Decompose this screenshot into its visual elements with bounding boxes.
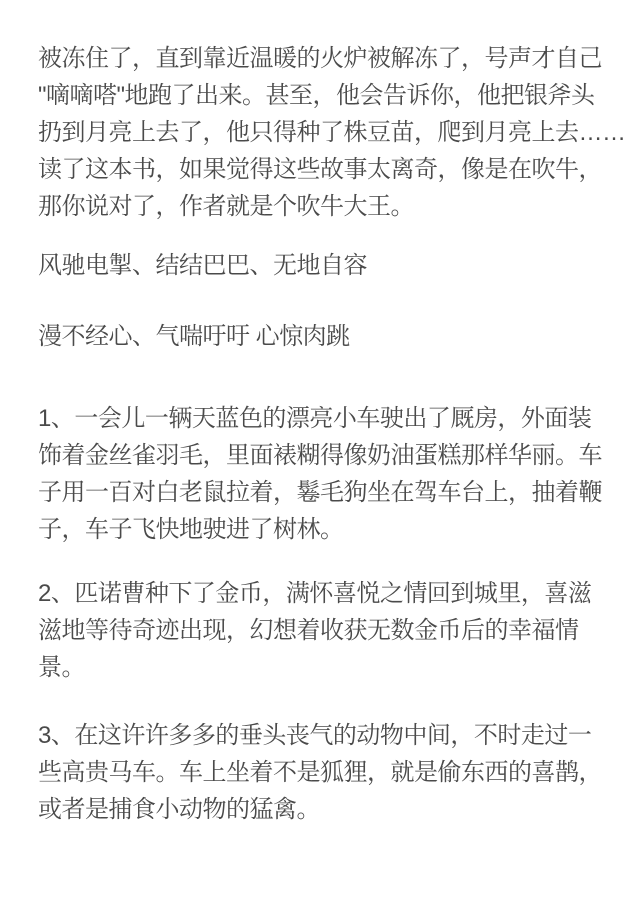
- list-item: 3、在这许许多多的垂头丧气的动物中间，不时走过一些高贵马车。车上坐着不是狐狸，就…: [38, 717, 610, 828]
- idiom-line: 风驰电掣、结结巴巴、无地自容: [38, 247, 610, 284]
- text-line: 那你说对了，作者就是个吹牛大王。: [38, 188, 610, 225]
- text-line: 读了这本书，如果觉得这些故事太离奇，像是在吹牛，: [38, 151, 610, 188]
- text-line: 饰着金丝雀羽毛，里面裱糊得像奶油蛋糕那样华丽。车: [38, 437, 610, 474]
- text-line: "嘀嘀嗒"地跑了出来。甚至，他会告诉你，他把银斧头: [38, 77, 610, 114]
- text-line: 风驰电掣、结结巴巴、无地自容: [38, 247, 610, 284]
- text-line: 景。: [38, 649, 610, 686]
- text-line: 1、一会儿一辆天蓝色的漂亮小车驶出了厩房，外面装: [38, 400, 610, 437]
- text-line: 3、在这许许多多的垂头丧气的动物中间，不时走过一: [38, 717, 610, 754]
- text-line: 滋地等待奇迹出现，幻想着收获无数金币后的幸福情: [38, 612, 610, 649]
- text-line: 些高贵马车。车上坐着不是狐狸，就是偷东西的喜鹊，: [38, 754, 610, 791]
- text-line: 漫不经心、气喘吁吁 心惊肉跳: [38, 318, 610, 355]
- document-page: 被冻住了，直到靠近温暖的火炉被解冻了，号声才自己"嘀嘀嗒"地跑了出来。甚至，他会…: [0, 0, 640, 905]
- text-line: 或者是捕食小动物的猛禽。: [38, 791, 610, 828]
- list-item: 2、匹诺曹种下了金币，满怀喜悦之情回到城里，喜滋滋地等待奇迹出现，幻想着收获无数…: [38, 575, 610, 686]
- list-item: 1、一会儿一辆天蓝色的漂亮小车驶出了厩房，外面装饰着金丝雀羽毛，里面裱糊得像奶油…: [38, 400, 610, 548]
- text-line: 子用一百对白老鼠拉着，鬈毛狗坐在驾车台上，抽着鞭: [38, 474, 610, 511]
- text-line: 扔到月亮上去了，他只得种了株豆苗，爬到月亮上去……: [38, 114, 610, 151]
- idiom-line: 漫不经心、气喘吁吁 心惊肉跳: [38, 318, 610, 355]
- text-line: 子，车子飞快地驶进了树林。: [38, 511, 610, 548]
- paragraph: 被冻住了，直到靠近温暖的火炉被解冻了，号声才自己"嘀嘀嗒"地跑了出来。甚至，他会…: [38, 40, 610, 225]
- text-content: 被冻住了，直到靠近温暖的火炉被解冻了，号声才自己"嘀嘀嗒"地跑了出来。甚至，他会…: [38, 40, 610, 828]
- text-line: 2、匹诺曹种下了金币，满怀喜悦之情回到城里，喜滋: [38, 575, 610, 612]
- text-line: 被冻住了，直到靠近温暖的火炉被解冻了，号声才自己: [38, 40, 610, 77]
